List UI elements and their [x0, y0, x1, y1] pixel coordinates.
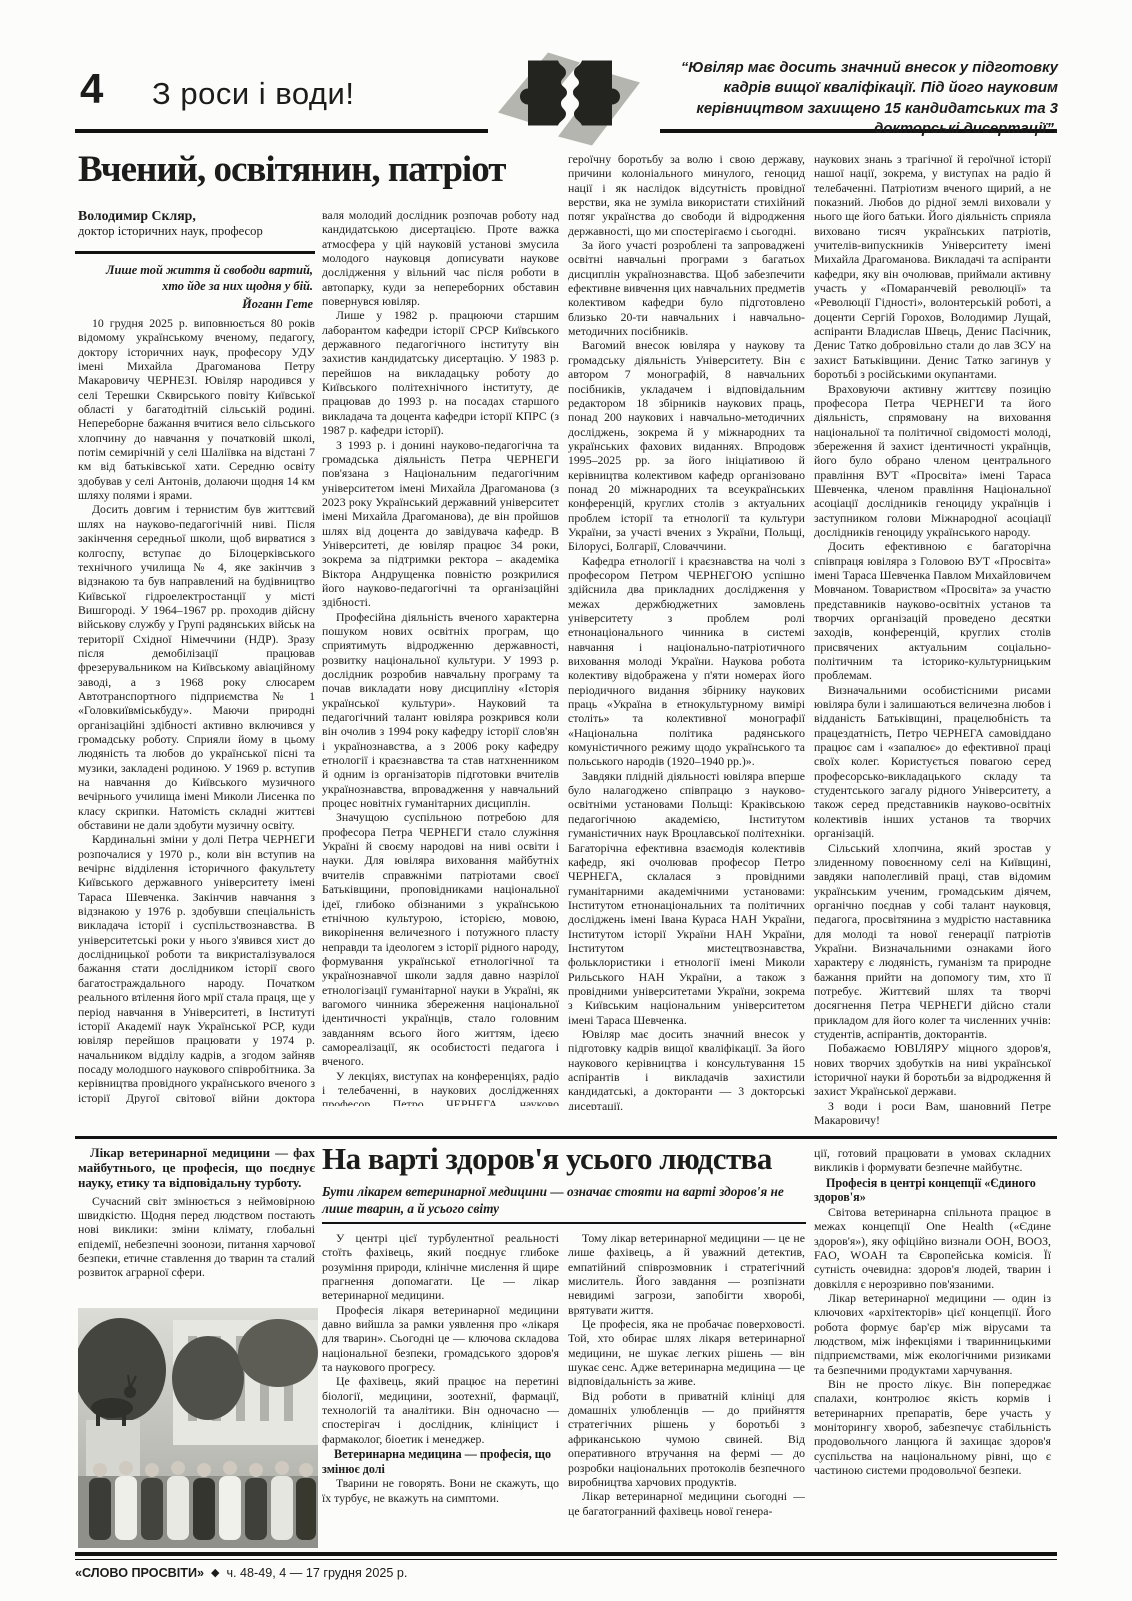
paragraph: Ювіляр має досить значний внесок у підго… [568, 1027, 805, 1110]
article1-column-1: 10 грудня 2025 р. виповнюється 80 років … [78, 316, 315, 1104]
article1-byline: Володимир Скляр, доктор історичних наук,… [78, 207, 314, 240]
article2-column-3: ції, готовий працювати в умовах складних… [814, 1146, 1051, 1547]
paragraph: Це професія, яка не пробачає поверховост… [568, 1317, 805, 1389]
paragraph: Побажаємо ЮВІЛЯРУ міцного здоров'я, нови… [814, 1041, 1051, 1098]
epigraph-author: Йоганн Гете [80, 296, 313, 312]
teaser-lead: Лікар ветеринарної медицини — фах майбут… [78, 1146, 315, 1192]
paragraph: Лікар ветеринарної медицини сьогодні — ц… [568, 1489, 805, 1518]
newspaper-page: 4 З роси і води! “Ювіляр має досить знач… [0, 0, 1132, 1601]
article1-column-4: наукових знань з трагічної й героїчної і… [814, 152, 1051, 1137]
paragraph: Світова ветеринарна спільнота працює в м… [814, 1205, 1051, 1291]
group-photo [78, 1308, 318, 1548]
paragraph: ції, готовий працювати в умовах складних… [814, 1146, 1051, 1175]
article2-subhead: Професія в центрі концепції «Єдиного здо… [814, 1176, 1051, 1205]
teaser-intro: Сучасний світ змінюється з неймовірною ш… [78, 1194, 315, 1280]
article1-column-2: валя молодий дослідник розпочав роботу н… [322, 208, 559, 1106]
article1-headline: Вчений, освітянин, патріот [78, 150, 566, 191]
paragraph: 10 грудня 2025 р. виповнюється 80 років … [78, 316, 315, 502]
vet-teaser-block: Лікар ветеринарної медицини — фах майбут… [78, 1146, 315, 1280]
section-title: З роси і води! [152, 76, 354, 112]
author-name: Володимир Скляр, [78, 207, 314, 224]
header-quote: “Ювіляр має досить значний внесок у підг… [648, 58, 1058, 140]
paragraph: Визначальними особистісними рисами ювіля… [814, 683, 1051, 841]
epigraph-line: Лише той життя й свободи вартий, [80, 262, 313, 278]
paragraph: З 1993 р. і донині науково-педагогічна т… [322, 438, 559, 610]
article1-epigraph: Лише той життя й свободи вартий, хто йде… [80, 262, 313, 312]
epigraph-line: хто йде за них щодня у бій. [80, 278, 313, 294]
paragraph: валя молодий дослідник розпочав роботу н… [322, 208, 559, 308]
paragraph: За його участі розроблені та запроваджен… [568, 238, 805, 338]
paper-name: «СЛОВО ПРОСВІТИ» [75, 1566, 204, 1580]
article2-subhead: Ветеринарна медицина — професія, що змін… [322, 1447, 559, 1476]
paragraph: Досить ефективною є багаторічна співпрац… [814, 539, 1051, 682]
article2-column-2: Тому лікар ветеринарної медицини — це не… [568, 1231, 805, 1547]
paragraph: Лише у 1982 р. працюючи старшим лаборант… [322, 308, 559, 437]
paragraph: Він не просто лікує. Він попереджає спал… [814, 1377, 1051, 1477]
byline-rule [75, 251, 315, 254]
footer-rule-thin [75, 1559, 1057, 1560]
paragraph: героїчну боротьбу за волю і свою державу… [568, 152, 805, 238]
paragraph: Завдяки плідній діяльності ювіляра вперш… [568, 769, 805, 1027]
paragraph: Професія лікаря ветеринарної медицини да… [322, 1303, 559, 1375]
article2-column-1: У центрі цієї турбулентної реальності ст… [322, 1231, 559, 1547]
header-rule-left [75, 129, 488, 133]
article2-headline: На варті здоров'я усього людства [322, 1142, 808, 1176]
paragraph: наукових знань з трагічної й героїчної і… [814, 152, 1051, 382]
paragraph: Тому лікар ветеринарної медицини — це не… [568, 1231, 805, 1317]
article2-subtitle-rule [322, 1222, 806, 1224]
paragraph: Вагомий внесок ювіляра у наукову та гром… [568, 338, 805, 553]
article2-subtitle: Бути лікарем ветеринарної медицини — озн… [322, 1184, 806, 1217]
puzzle-faces-logo [494, 50, 644, 146]
paragraph: Це фахівець, який працює на перетині біо… [322, 1374, 559, 1446]
paragraph: З води і роси Вам, шановний Петре Макаро… [814, 1099, 1051, 1128]
paragraph: Кафедра етнології і краєзнавства на чолі… [568, 554, 805, 769]
diamond-icon: ◆ [211, 1566, 219, 1579]
section-divider-rule [75, 1136, 1057, 1139]
paragraph: Враховуючи активну життєву позицію профе… [814, 382, 1051, 540]
paragraph: Професійна діяльність вченого характерна… [322, 610, 559, 811]
paragraph: У центрі цієї турбулентної реальності ст… [322, 1231, 559, 1303]
paragraph: Сільський хлопчина, який зростав у злиде… [814, 841, 1051, 1042]
issue-info: ч. 48-49, 4 — 17 грудня 2025 р. [226, 1566, 407, 1580]
author-title: доктор історичних наук, професор [78, 224, 314, 240]
paragraph: Значущою суспільною потребою для професо… [322, 810, 559, 1068]
paragraph: Кардинальні зміни у долі Петра ЧЕРНЕГИ р… [78, 832, 315, 1104]
footer-rule-thick [75, 1552, 1057, 1556]
article1-column-3: героїчну боротьбу за волю і свою державу… [568, 152, 805, 1110]
paragraph: Тварини не говорять. Вони не скажуть, що… [322, 1476, 559, 1505]
paragraph: Від роботи в приватній клініці для домаш… [568, 1389, 805, 1489]
paragraph: Досить довгим і тернистим був життєвий ш… [78, 502, 315, 832]
paragraph: У лекціях, виступах на конференціях, рад… [322, 1069, 559, 1106]
paragraph: Лікар ветеринарної медицини — один із кл… [814, 1291, 1051, 1377]
footer: «СЛОВО ПРОСВІТИ» ◆ ч. 48-49, 4 — 17 груд… [75, 1566, 407, 1580]
page-number: 4 [80, 68, 103, 110]
